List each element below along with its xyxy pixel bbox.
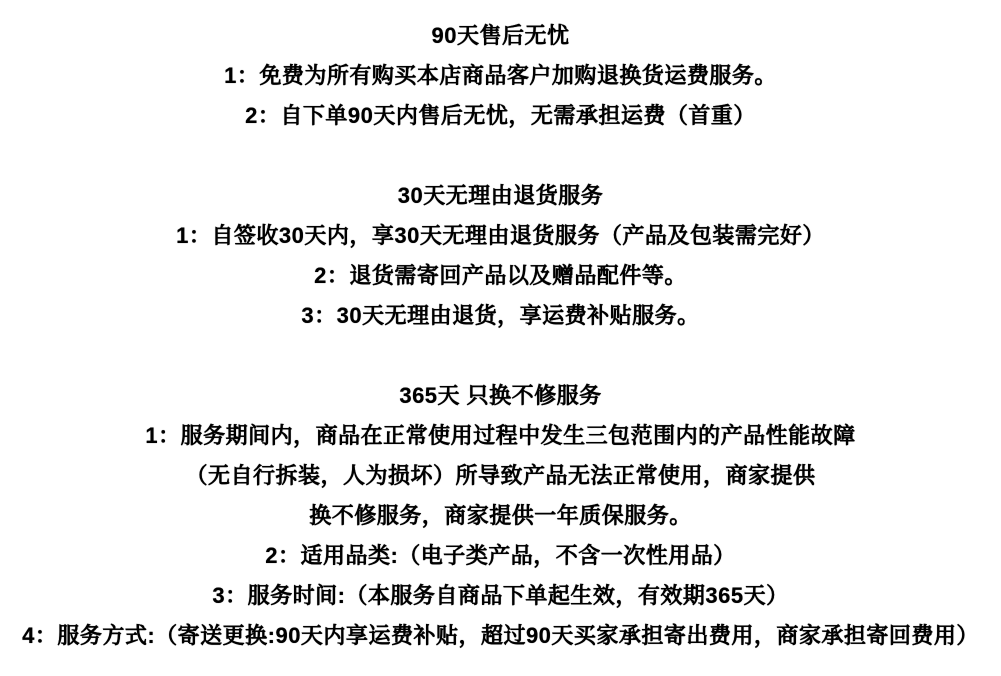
policy-line: 3：30天无理由退货，享运费补贴服务。	[0, 296, 1001, 336]
policy-line: 1：服务期间内，商品在正常使用过程中发生三包范围内的产品性能故障	[0, 416, 1001, 456]
section-365day-replacement: 365天 只换不修服务 1：服务期间内，商品在正常使用过程中发生三包范围内的产品…	[0, 376, 1001, 656]
policy-line: 4：服务方式:（寄送更换:90天内享运费补贴，超过90天买家承担寄出费用，商家承…	[0, 616, 1001, 656]
policy-line: 换不修服务，商家提供一年质保服务。	[0, 496, 1001, 536]
policy-line: 2：退货需寄回产品以及赠品配件等。	[0, 256, 1001, 296]
policy-line: 3：服务时间:（本服务自商品下单起生效，有效期365天）	[0, 576, 1001, 616]
after-sales-policy-document: 90天售后无忧 1：免费为所有购买本店商品客户加购退换货运费服务。 2：自下单9…	[0, 0, 1001, 676]
section-title: 365天 只换不修服务	[0, 376, 1001, 416]
policy-line: （无自行拆装，人为损坏）所导致产品无法正常使用，商家提供	[0, 456, 1001, 496]
section-90day-worry-free: 90天售后无忧 1：免费为所有购买本店商品客户加购退换货运费服务。 2：自下单9…	[0, 16, 1001, 136]
section-30day-return: 30天无理由退货服务 1：自签收30天内，享30天无理由退货服务（产品及包装需完…	[0, 176, 1001, 336]
policy-line: 1：自签收30天内，享30天无理由退货服务（产品及包装需完好）	[0, 216, 1001, 256]
policy-line: 1：免费为所有购买本店商品客户加购退换货运费服务。	[0, 56, 1001, 96]
policy-line: 2：自下单90天内售后无忧，无需承担运费（首重）	[0, 96, 1001, 136]
section-title: 30天无理由退货服务	[0, 176, 1001, 216]
section-title: 90天售后无忧	[0, 16, 1001, 56]
policy-line: 2：适用品类:（电子类产品，不含一次性用品）	[0, 536, 1001, 576]
